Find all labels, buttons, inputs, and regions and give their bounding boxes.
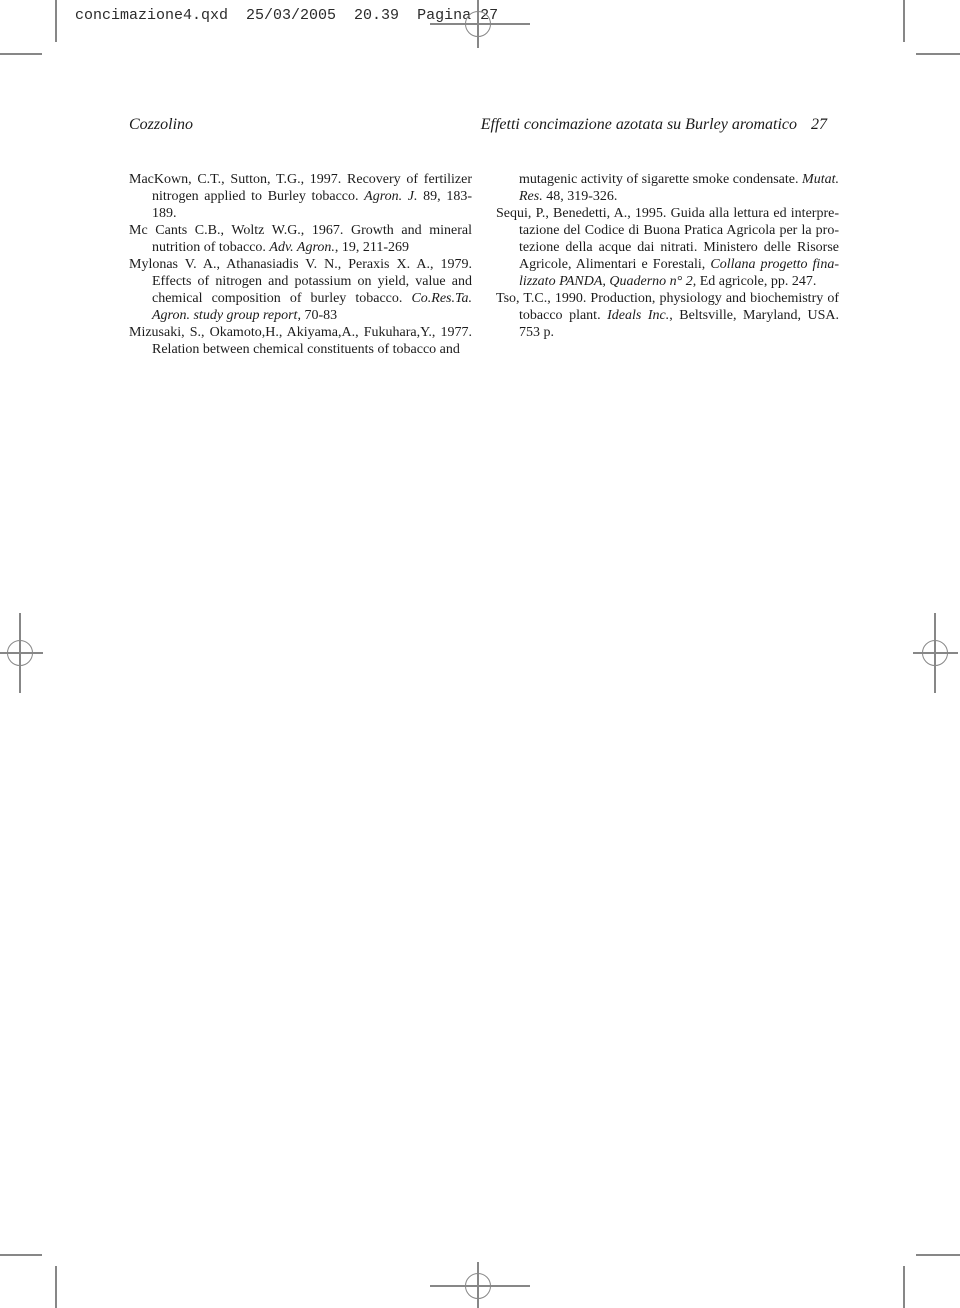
crop-mark-bottom-right-horizontal: [916, 1254, 960, 1256]
reference-entry: Tso, T.C., 1990. Production, physiology …: [496, 290, 839, 341]
reference-italic-segment: Adv. Agron.: [269, 240, 334, 255]
reference-text-segment: , Ed agricole, pp. 247.: [693, 274, 817, 289]
reference-text-segment: , 19, 211-269: [335, 240, 409, 255]
registration-mark-line: [913, 652, 958, 654]
crop-mark-bottom-left-vertical: [55, 1266, 57, 1308]
registration-mark-circle: [465, 1273, 491, 1299]
crop-mark-top-right-vertical: [903, 0, 905, 42]
running-header-right: Effetti concimazione azotata su Burley a…: [481, 115, 839, 135]
running-header-author: Cozzolino: [129, 115, 193, 135]
slug-page-label: Pagina: [417, 7, 471, 24]
registration-mark-circle: [7, 640, 33, 666]
crop-mark-top-left-horizontal: [0, 53, 42, 55]
registration-mark-circle: [922, 640, 948, 666]
crop-mark-bottom-left-horizontal: [0, 1254, 42, 1256]
reference-entry: MacKown, C.T., Sutton, T.G., 1997. Recov…: [129, 171, 472, 222]
registration-mark-line: [0, 652, 43, 654]
reference-entry: mutagenic activity of sigarette smoke co…: [496, 171, 839, 205]
references-section: MacKown, C.T., Sutton, T.G., 1997. Recov…: [129, 171, 839, 358]
reference-italic-segment: Agron. J.: [364, 189, 417, 204]
ref-column-right: mutagenic activity of sigarette smoke co…: [496, 171, 839, 358]
slug-page: Pagina27: [417, 7, 498, 25]
reference-entry: Sequi, P., Benedetti, A., 1995. Guida al…: [496, 205, 839, 290]
slug-time: 20.39: [354, 7, 399, 25]
registration-mark-line: [477, 1262, 479, 1308]
crop-mark-top-right-horizontal: [916, 53, 960, 55]
ref-column-left: MacKown, C.T., Sutton, T.G., 1997. Recov…: [129, 171, 472, 358]
reference-text-segment: Mizusaki, S., Okamoto,H., Akiyama,A., Fu…: [129, 325, 472, 357]
running-header-title: Effetti concimazione azotata su Burley a…: [481, 116, 797, 133]
crop-mark-top-left-vertical: [55, 0, 57, 42]
page-canvas: { "colors": { "background": "#ffffff", "…: [0, 0, 960, 1308]
slug-filename: concimazione4.qxd: [75, 7, 228, 25]
registration-mark-line: [19, 613, 21, 693]
running-header: Cozzolino Effetti concimazione azotata s…: [129, 115, 839, 135]
slug-date: 25/03/2005: [246, 7, 336, 25]
reference-entry: Mizusaki, S., Okamoto,H., Akiyama,A., Fu…: [129, 324, 472, 358]
reference-text-segment: 48, 319-326.: [543, 189, 618, 204]
reference-text-segment: mutagenic activity of sigarette smoke co…: [519, 172, 802, 187]
running-header-page-number: 27: [811, 116, 827, 133]
print-slug: concimazione4.qxd 25/03/2005 20.39 Pagin…: [75, 7, 498, 25]
registration-mark-line: [430, 1285, 530, 1287]
registration-mark-line: [934, 613, 936, 693]
reference-italic-segment: Ideals Inc.: [607, 308, 669, 323]
reference-entry: Mylonas V. A., Athanasiadis V. N., Perax…: [129, 256, 472, 324]
slug-page-number: 27: [480, 7, 498, 24]
crop-mark-bottom-right-vertical: [903, 1266, 905, 1308]
reference-entry: Mc Cants C.B., Woltz W.G., 1967. Growth …: [129, 222, 472, 256]
reference-text-segment: , 70-83: [297, 308, 337, 323]
